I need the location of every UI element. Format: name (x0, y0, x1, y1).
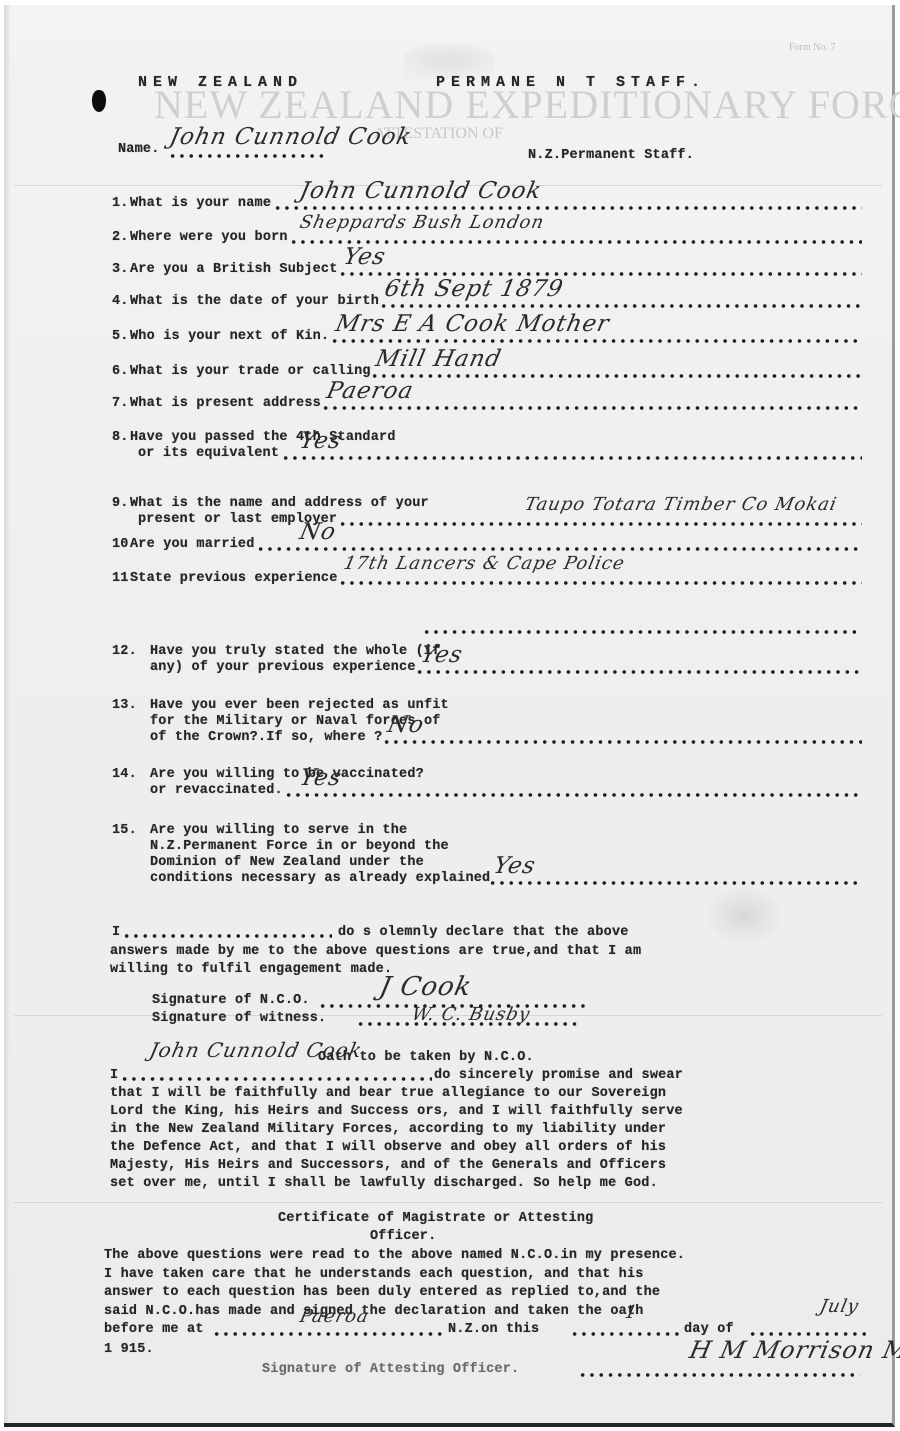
answer-handwritten[interactable]: Yes (297, 765, 344, 791)
dotted-leader (338, 522, 862, 526)
question-text: Who is your next of Kin. (130, 329, 329, 344)
unit-label: N.Z.Permanent Staff. (528, 148, 694, 163)
answer-handwritten[interactable]: No (385, 712, 427, 738)
name-handwritten[interactable]: John Cunnold Cook (167, 124, 414, 150)
question-number: 2. (112, 230, 129, 245)
stamp-watermark (704, 885, 784, 945)
day-of-label: day of (684, 1322, 734, 1337)
question-number: 4. (112, 294, 129, 309)
question-number: 14. (112, 767, 137, 782)
declaration-line-3: willing to fulfil engagement made. (110, 962, 392, 977)
header-permanent-staff: PERMANE N T STAFF. (436, 74, 706, 91)
certificate-title-2: Officer. (370, 1229, 436, 1244)
question-number: 5. (112, 329, 129, 344)
question-number: 11 (112, 571, 129, 586)
signature-witness[interactable]: W. C. Busby (410, 1004, 533, 1025)
answer-handwritten[interactable]: Sheppards Bush London (298, 212, 547, 233)
oath-title: Oath to be taken by N.C.O. (318, 1050, 534, 1065)
answer-handwritten[interactable]: No (297, 519, 339, 545)
dotted-leader (415, 670, 862, 674)
question-text: State previous experience (130, 571, 338, 586)
dotted-leader (168, 154, 328, 158)
oath-line: in the New Zealand Military Forces, acco… (110, 1122, 666, 1137)
officer-signature-label: Signature of Attesting Officer. (262, 1362, 519, 1377)
answer-handwritten[interactable]: Yes (491, 853, 538, 879)
question-text: What is your trade or calling (130, 364, 371, 379)
signature-nco[interactable]: J Cook (377, 972, 475, 1002)
question-text: Are you a British Subject (130, 262, 338, 277)
certificate-title-1: Certificate of Magistrate or Attesting (278, 1211, 593, 1226)
question-text: Where were you born (130, 230, 288, 245)
question-number: 3. (112, 262, 129, 277)
question-text: N.Z.Permanent Force in or beyond the (150, 839, 449, 854)
oath-line: that I will be faithfully and bear true … (110, 1086, 666, 1101)
answer-handwritten[interactable]: Mill Hand (374, 346, 505, 372)
signature-nco-label: Signature of N.C.O. (152, 993, 310, 1008)
oath-line: the Defence Act, and that I will observe… (110, 1140, 666, 1155)
ink-blot (92, 90, 106, 112)
question-number: 10 (112, 537, 129, 552)
answer-handwritten[interactable]: Taupo Totara Timber Co Mokai (523, 494, 839, 515)
question-text: What is your name (130, 196, 271, 211)
month-handwritten[interactable]: July (818, 1296, 861, 1317)
answer-handwritten[interactable]: Paeroa (325, 378, 417, 404)
oath-line: set over me, until I shall be lawfully d… (110, 1176, 658, 1191)
question-text: Are you willing to be vaccinated? (150, 767, 424, 782)
dotted-leader (273, 206, 862, 210)
oath-line: Majesty, His Heirs and Successors, and o… (110, 1158, 666, 1173)
oath-line-1: do sincerely promise and swear (434, 1068, 683, 1083)
answer-handwritten[interactable]: Mrs E A Cook Mother (333, 311, 612, 337)
year: 1 915. (104, 1342, 154, 1357)
oath-prefix: I (110, 1068, 118, 1083)
answer-handwritten[interactable]: Yes (297, 428, 344, 454)
dotted-leader (488, 881, 862, 885)
dotted-leader (284, 793, 862, 797)
dotted-leader (281, 456, 862, 460)
question-number: 8. (112, 430, 129, 445)
question-text: What is the date of your birth (130, 294, 379, 309)
dotted-leader (321, 406, 862, 410)
question-text: What is the name and address of your (130, 496, 429, 511)
certificate-line: said N.C.O.has made and signed the decla… (104, 1304, 644, 1319)
answer-handwritten[interactable]: 17th Lancers & Cape Police (342, 553, 627, 574)
dotted-leader (330, 339, 862, 343)
dotted-leader (338, 581, 862, 585)
ghost-rule (14, 1202, 882, 1203)
signature-witness-label: Signature of witness. (152, 1011, 326, 1026)
question-number: 1. (112, 196, 129, 211)
declaration-line-1: do s olemnly declare that the above (338, 925, 629, 940)
question-number: 12. (112, 644, 137, 659)
declaration-line-2: answers made by me to the above question… (110, 944, 641, 959)
question-text: Have you truly stated the whole (if (150, 644, 441, 659)
answer-handwritten[interactable]: John Cunnold Cook (297, 178, 544, 204)
header-new-zealand: NEW ZEALAND (138, 74, 303, 91)
question-text: any) of your previous experience (150, 660, 416, 675)
question-number: 6. (112, 364, 129, 379)
question-number: 7. (112, 396, 129, 411)
certificate-line: I have taken care that he understands ea… (104, 1267, 644, 1282)
nz-on-this-label: N.Z.on this (448, 1322, 539, 1337)
question-text: or revaccinated. (150, 783, 283, 798)
question-text: Have you passed the 4th Standard (130, 430, 396, 445)
answer-handwritten[interactable]: Yes (341, 244, 388, 270)
dotted-leader (570, 1332, 682, 1336)
dotted-leader (370, 374, 862, 378)
dotted-leader (256, 547, 862, 551)
answer-handwritten[interactable]: Yes (418, 642, 465, 668)
question-text: of the Crown?.If so, where ? (150, 730, 382, 745)
declaration-prefix: I (112, 925, 120, 940)
question-text: conditions necessary as already explaine… (150, 871, 490, 886)
dotted-leader (122, 934, 332, 938)
question-text: Are you married (130, 537, 255, 552)
question-text: Are you willing to serve in the (150, 823, 407, 838)
officer-signature[interactable]: H M Morrison Major (687, 1336, 900, 1364)
name-label: Name. (118, 142, 160, 157)
question-number: 13. (112, 698, 137, 713)
dotted-leader (120, 1077, 432, 1081)
dotted-leader (422, 630, 862, 634)
question-text: or its equivalent (138, 446, 279, 461)
question-text: Dominion of New Zealand under the (150, 855, 424, 870)
question-number: 9. (112, 496, 129, 511)
dotted-leader (382, 740, 862, 744)
dotted-leader (379, 304, 863, 308)
certificate-line: answer to each question has been duly en… (104, 1285, 660, 1300)
place-handwritten[interactable]: Paeroa (298, 1306, 371, 1327)
answer-handwritten[interactable]: 6th Sept 1879 (382, 276, 566, 302)
question-number: 15. (112, 823, 137, 838)
oath-line: Lord the King, his Heirs and Success ors… (110, 1104, 683, 1119)
form-number: Form No. 7 (789, 42, 835, 53)
question-text: What is present address (130, 396, 321, 411)
certificate-line: The above questions were read to the abo… (104, 1248, 685, 1263)
dotted-leader (212, 1332, 446, 1336)
dotted-leader (578, 1373, 860, 1377)
question-text: Have you ever been rejected as unfit (150, 698, 449, 713)
before-me-at-label: before me at (104, 1322, 204, 1337)
